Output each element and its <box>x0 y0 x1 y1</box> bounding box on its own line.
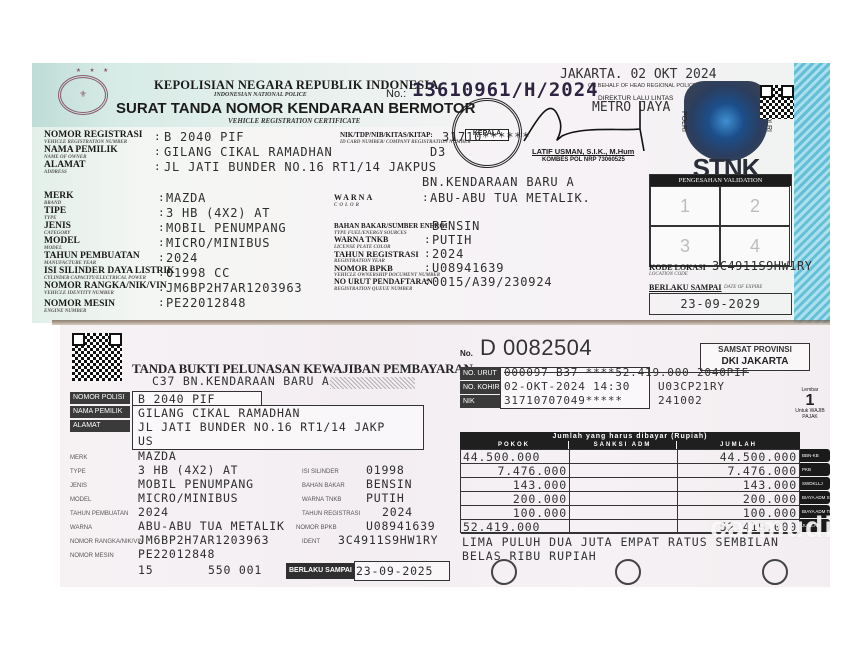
lbl-isi-silinder: ISI SILINDER <box>302 469 339 475</box>
officer-1: Latif Usman, S.I.K., M.Hum KOMBES POL NR… <box>460 559 549 587</box>
val-model: MICRO/MINIBUS <box>138 491 238 505</box>
cell-pokok: 44.500.000 <box>463 450 567 464</box>
seal-icon <box>762 559 788 585</box>
valid-until-value: 23-09-2025 <box>356 564 433 578</box>
cell-jumlah: 143.000 <box>679 478 797 492</box>
officer-2: Sri Lestari Herawati 196708731998032002 <box>595 559 660 587</box>
colon: : <box>158 206 165 219</box>
label-cylinder: ISI SILINDER DAYA LISTRIKCYLINDER CAPACI… <box>44 266 175 282</box>
validation-cell-1: 1 <box>650 186 720 226</box>
colon: : <box>154 130 161 143</box>
val-tahun-pembuatan: 2024 <box>138 505 169 519</box>
value-type: 3 HB (4X2) AT <box>166 206 270 220</box>
nik-value: 31710707049***** <box>504 394 623 407</box>
val-nomor-bpkb: U08941639 <box>366 519 436 533</box>
expiry-sublabel: DATE OF EXPIRE <box>724 285 762 290</box>
colon: : <box>424 261 431 274</box>
value-fuel: BENSIN <box>432 219 480 233</box>
receipt-no-label: No. <box>460 349 473 358</box>
val-vin: JM6BP2H7AR1203963 <box>138 533 269 547</box>
hologram-stripe <box>794 63 830 323</box>
no-kohir-value: 02-OKT-2024 14:30 <box>504 380 630 393</box>
cell-jumlah: 44.500.000 <box>679 450 797 464</box>
institution-subtitle: INDONESIAN NATIONAL POLICE <box>214 92 307 98</box>
fee-type-tag: BIAYA ADM STNK <box>800 491 830 504</box>
lbl-ident: IDENT <box>302 539 320 545</box>
receipt-address-cont: US <box>138 434 153 448</box>
payment-header: Jumlah yang harus dibayar (Rupiah) <box>460 432 800 441</box>
val-isi-silinder: 01998 <box>366 463 405 477</box>
issue-city-date: JAKARTA. 02 OKT 2024 <box>560 67 717 82</box>
value-category: MOBIL PENUMPANG <box>166 221 286 235</box>
val-ident: 3C4911S9HW1RY <box>338 533 438 547</box>
payment-row: 44.500.00044.500.000 <box>461 450 801 464</box>
expiry-label: BERLAKU SAMPAI <box>649 283 722 292</box>
colon: : <box>424 275 431 288</box>
value-brand: MAZDA <box>166 191 206 205</box>
validation-cell-2: 2 <box>720 186 790 226</box>
seal-icon <box>615 559 641 585</box>
tag-nik: NIK <box>460 395 500 408</box>
stars-icon: ★ ★ ★ <box>76 65 110 74</box>
colon: : <box>158 266 165 279</box>
tag-nomor-polisi: NOMOR POLISI <box>70 392 130 404</box>
lbl-model: MODEL <box>70 497 91 503</box>
value-vin: JM6BP2H7AR1203963 <box>166 281 302 295</box>
value-nik-extra: D3 <box>430 145 446 159</box>
location-code-label: KODE LOKASI <box>649 263 706 272</box>
label-engine-number: NOMOR MESINENGINE NUMBER <box>44 299 115 315</box>
receipt-number: D 0082504 <box>480 335 592 361</box>
seal-icon <box>491 559 517 585</box>
lbl-tahun-registrasi: TAHUN REGISTRASI <box>302 511 360 517</box>
location-code-value: 3C4911S9HW1RY <box>712 259 812 273</box>
tag-alamat: ALAMAT <box>70 420 130 432</box>
no-urut-value: 000097 B37 ****52.419.000 2040PIF <box>504 366 749 379</box>
colon: : <box>158 281 165 294</box>
cell-pokok: 52.419.000 <box>463 520 567 534</box>
val-tahun-registrasi: 2024 <box>382 505 413 519</box>
val-type: 3 HB (4X2) AT <box>138 463 238 477</box>
col-jumlah: JUMLAH <box>677 441 800 449</box>
value-registration-number: B 2040 PIF <box>164 130 244 144</box>
colon: : <box>158 221 165 234</box>
cell-jumlah: 200.000 <box>679 492 797 506</box>
signatory-rank: KOMBES POL NRP 73060525 <box>542 157 625 163</box>
label-category: JENISCATEGORY <box>44 221 71 237</box>
value-owner-name: GILANG CIKAL RAMADHAN <box>164 145 333 159</box>
no-kohir-code: U03CP21RY <box>658 380 725 393</box>
signature-icon <box>522 91 652 151</box>
label-type: TIPETYPE <box>44 206 66 222</box>
cell-sanksi <box>571 450 675 464</box>
value-bpkb: U08941639 <box>432 261 504 275</box>
cell-sanksi <box>571 478 675 492</box>
lbl-warna: WARNA <box>70 525 92 531</box>
tax-payment-receipt: TANDA BUKTI PELUNASAN KEWAJIBAN PEMBAYAR… <box>60 325 830 587</box>
footer-code-b: 550 001 <box>208 563 262 577</box>
label-manufacture-year: TAHUN PEMBUATANMANUFACTURE YEAR <box>44 251 140 267</box>
label-owner-name: NAMA PEMILIKNAME OF OWNER <box>44 145 118 161</box>
lbl-jenis: JENIS <box>70 483 87 489</box>
cell-jumlah: 7.476.000 <box>679 464 797 478</box>
lbl-warna-tnkb: WARNA TNKB <box>302 497 341 503</box>
colon: : <box>158 251 165 264</box>
val-bahan-bakar: BENSIN <box>366 477 412 491</box>
polri-label-left: POLRI <box>680 111 687 132</box>
lbl-tahun-pembuatan: TAHUN PEMBUATAN <box>70 511 128 517</box>
sheet-purpose: Untuk WAJIB PAJAK <box>790 408 830 420</box>
validation-box: PENGESAHAN VALIDATION 1 2 3 4 <box>649 174 792 267</box>
expiry-value: 23-09-2029 <box>649 293 792 315</box>
val-engine: PE22012848 <box>138 547 215 561</box>
colon: : <box>158 236 165 249</box>
police-emblem-icon: ⚜ <box>58 75 108 115</box>
colon: : <box>158 191 165 204</box>
receipt-subtitle: C37 BN.KENDARAAN BARU A <box>152 374 330 388</box>
footer-code-a: 15 <box>138 563 153 577</box>
payment-row: 143.000143.000 <box>461 478 801 492</box>
value-address: JL JATI BUNDER NO.16 RT1/14 JAKPUS <box>164 160 437 174</box>
val-warna-tnkb: PUTIH <box>366 491 405 505</box>
receipt-plate: B 2040 PIF <box>138 392 215 406</box>
security-hatch <box>330 377 415 389</box>
label-model: MODELMODEL <box>44 236 80 252</box>
value-color: ABU-ABU TUA METALIK. <box>430 191 591 205</box>
value-model: MICRO/MINIBUS <box>166 236 270 250</box>
value-manufacture-year: 2024 <box>166 251 198 265</box>
cell-pokok: 7.476.000 <box>463 464 567 478</box>
cell-sanksi <box>571 464 675 478</box>
signatory-name: LATIF USMAN, S.I.K., M.Hum <box>532 147 634 156</box>
lbl-type: TYPE <box>70 469 86 475</box>
cell-sanksi <box>571 520 675 534</box>
cell-pokok: 143.000 <box>463 478 567 492</box>
receipt-owner: GILANG CIKAL RAMADHAN <box>138 406 300 420</box>
watermark: carmudi <box>710 511 830 545</box>
cell-sanksi <box>571 506 675 520</box>
sheet-number: 1 <box>790 393 830 408</box>
label-color: WARNACOLOR <box>334 193 374 209</box>
value-cylinder: 01998 CC <box>166 266 230 280</box>
police-shield-icon <box>684 81 768 161</box>
colon: : <box>424 233 431 246</box>
val-merk: MAZDA <box>138 449 177 463</box>
receipt-address: JL JATI BUNDER NO.16 RT1/14 JAKP <box>138 420 385 434</box>
colon: : <box>424 247 431 260</box>
colon: : <box>422 191 429 204</box>
lbl-merk: MERK <box>70 455 87 461</box>
lbl-vin: NOMOR RANGKA/NIK/VIN <box>70 539 143 545</box>
fee-type-tag: BBN-KB <box>800 449 830 462</box>
officer-3: Radito Rahagadi, SH., M.Rahligm 80062450… <box>720 559 830 587</box>
stnk-certificate: ★ ★ ★ ⚜ KEPOLISIAN NEGARA REPUBLIK INDON… <box>32 63 830 323</box>
label-address: ALAMATADDRESS <box>44 160 86 176</box>
value-nik: 31710****** <box>442 130 530 144</box>
value-engine-number: PE22012848 <box>166 296 246 310</box>
payment-row: 7.476.0007.476.000 <box>461 464 801 478</box>
fee-type-tag: SWDKLLJ <box>800 477 830 490</box>
colon: : <box>154 145 161 158</box>
tag-no-urut: NO. URUT <box>460 367 500 380</box>
value-queue-number: 0015/A39/230924 <box>432 275 552 289</box>
label-queue-number: NO URUT PENDAFTARANREGISTRATION QUEUE NU… <box>334 277 433 293</box>
val-jenis: MOBIL PENUMPANG <box>138 477 254 491</box>
colon: : <box>154 160 161 173</box>
payment-row: 200.000200.000 <box>461 492 801 506</box>
validation-header: PENGESAHAN VALIDATION <box>650 175 791 186</box>
tag-nama-pemilik: NAMA PEMILIK <box>70 406 130 418</box>
qr-code-icon <box>72 333 122 381</box>
nik-code: 241002 <box>658 394 703 407</box>
samsat-line-1: SAMSAT PROVINSI <box>701 344 809 356</box>
colon: : <box>158 296 165 309</box>
label-vin: NOMOR RANGKA/NIK/VINVEHICLE IDENTITY NUM… <box>44 281 167 297</box>
tag-no-kohir: NO. KOHIR <box>460 381 500 394</box>
val-warna: ABU-ABU TUA METALIK <box>138 519 285 533</box>
lbl-engine: NOMOR MESIN <box>70 553 114 559</box>
col-sanksi: SANKSI ADM <box>569 441 676 449</box>
validation-cell-3: 3 <box>650 226 720 266</box>
cell-pokok: 200.000 <box>463 492 567 506</box>
cell-pokok: 100.000 <box>463 506 567 520</box>
address-note: BN.KENDARAAN BARU A <box>422 175 574 189</box>
col-pokok: POKOK <box>460 441 568 449</box>
lbl-nomor-bpkb: NOMOR BPKB <box>296 525 337 531</box>
valid-until-label: BERLAKU SAMPAI <box>286 563 354 579</box>
lbl-bahan-bakar: BAHAN BAKAR <box>302 483 345 489</box>
location-code-sublabel: LOCATION CODE <box>649 272 688 277</box>
label-registration-number: NOMOR REGISTRASIVEHICLE REGISTRATION NUM… <box>44 130 142 146</box>
sheet-indicator: Lembar 1 Untuk WAJIB PAJAK <box>790 387 830 420</box>
value-registration-year: 2024 <box>432 247 464 261</box>
doc-number-label: No.: <box>386 88 406 100</box>
cell-sanksi <box>571 492 675 506</box>
document-title: SURAT TANDA NOMOR KENDARAAN BERMOTOR <box>116 100 475 117</box>
label-brand: MERKBRAND <box>44 191 74 207</box>
qr-code-icon <box>760 85 794 119</box>
value-plate-color: PUTIH <box>432 233 472 247</box>
document-subtitle: VEHICLE REGISTRATION CERTIFICATE <box>228 117 360 125</box>
fee-type-tag: PKB <box>800 463 830 476</box>
